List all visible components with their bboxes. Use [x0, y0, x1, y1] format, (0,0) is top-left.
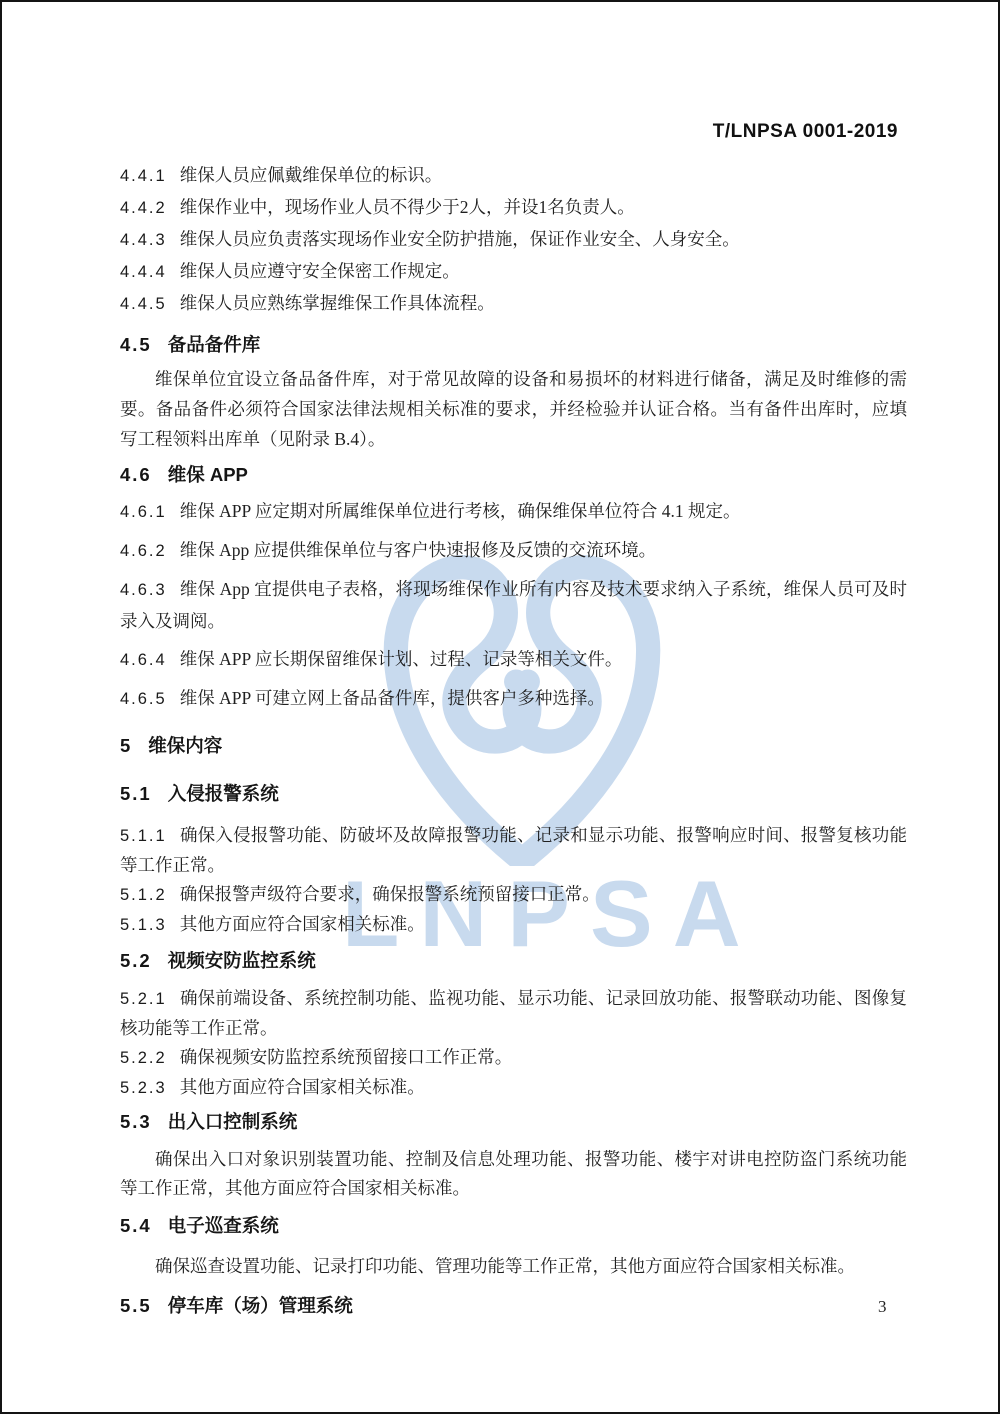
clause-text: 维保人员应佩戴维保单位的标识。	[180, 165, 443, 185]
clause-text: 确保报警声级符合要求，确保报警系统预留接口正常。	[180, 884, 600, 904]
heading-number: 5.2	[120, 950, 152, 971]
clause-text: 维保人员应负责落实现场作业安全防护措施，保证作业安全、人身安全。	[180, 229, 740, 249]
paragraph-4-5: 维保单位宜设立备品备件库，对于常见故障的设备和易损坏的材料进行储备，满足及时维修…	[120, 364, 907, 454]
clause-4-6-5: 4.6.5维保 APP 可建立网上备品备件库，提供客户多种选择。	[120, 683, 907, 715]
section-heading-5-3: 5.3出入口控制系统	[120, 1109, 907, 1135]
heading-title: 维保 APP	[168, 464, 248, 485]
section-heading-4-6: 4.6维保 APP	[120, 462, 907, 488]
clause-text: 确保入侵报警功能、防破坏及故障报警功能、记录和显示功能、报警响应时间、报警复核功…	[120, 825, 907, 875]
clause-4-6-4: 4.6.4维保 APP 应长期保留维保计划、过程、记录等相关文件。	[120, 644, 907, 676]
clause-number: 4.6.2	[120, 542, 167, 560]
document-content: 4.4.1维保人员应佩戴维保单位的标识。 4.4.2维保作业中，现场作业人员不得…	[120, 160, 907, 1319]
clause-number: 5.2.1	[120, 990, 167, 1008]
clause-number: 5.2.3	[120, 1079, 167, 1097]
clause-4-4-4: 4.4.4维保人员应遵守安全保密工作规定。	[120, 256, 907, 288]
page-number: 3	[878, 1297, 887, 1317]
clause-5-2-2: 5.2.2确保视频安防监控系统预留接口工作正常。	[120, 1043, 907, 1073]
clause-4-6-1: 4.6.1维保 APP 应定期对所属维保单位进行考核，确保维保单位符合 4.1 …	[120, 496, 907, 528]
clause-number: 4.6.3	[120, 581, 167, 599]
document-page: LNPSA T/LNPSA 0001-2019 4.4.1维保人员应佩戴维保单位…	[0, 0, 1000, 1414]
heading-number: 5.3	[120, 1111, 152, 1132]
clause-number: 4.4.4	[120, 263, 167, 281]
clause-number: 4.6.1	[120, 503, 167, 521]
heading-number: 4.6	[120, 464, 152, 485]
clause-5-1-1: 5.1.1确保入侵报警功能、防破坏及故障报警功能、记录和显示功能、报警响应时间、…	[120, 821, 907, 880]
clause-4-4-1: 4.4.1维保人员应佩戴维保单位的标识。	[120, 160, 907, 192]
heading-title: 入侵报警系统	[168, 783, 279, 804]
chapter-heading-5: 5维保内容	[120, 733, 907, 759]
clause-number: 4.6.5	[120, 690, 167, 708]
clause-number: 4.6.4	[120, 651, 167, 669]
heading-title: 出入口控制系统	[168, 1111, 298, 1132]
clause-number: 4.4.3	[120, 231, 167, 249]
clause-text: 维保 App 宜提供电子表格，将现场维保作业所有内容及技术要求纳入子系统，维保人…	[120, 579, 907, 631]
clause-number: 4.4.2	[120, 199, 167, 217]
heading-number: 5	[120, 735, 132, 756]
clause-text: 维保人员应熟练掌握维保工作具体流程。	[180, 293, 495, 313]
clause-text: 维保 APP 应定期对所属维保单位进行考核，确保维保单位符合 4.1 规定。	[180, 501, 741, 521]
heading-number: 5.4	[120, 1215, 152, 1236]
paragraph-5-3: 确保出入口对象识别装置功能、控制及信息处理功能、报警功能、楼宇对讲电控防盗门系统…	[120, 1145, 907, 1203]
section-heading-5-5: 5.5停车库（场）管理系统	[120, 1293, 907, 1319]
heading-title: 维保内容	[148, 735, 222, 756]
section-heading-5-2: 5.2视频安防监控系统	[120, 948, 907, 974]
clause-4-6-3: 4.6.3维保 App 宜提供电子表格，将现场维保作业所有内容及技术要求纳入子系…	[120, 574, 907, 637]
clause-text: 其他方面应符合国家相关标准。	[180, 1077, 425, 1097]
clause-number: 5.2.2	[120, 1049, 167, 1067]
section-heading-5-4: 5.4电子巡查系统	[120, 1213, 907, 1239]
standard-code: T/LNPSA 0001-2019	[713, 121, 898, 143]
clause-text: 维保 App 应提供维保单位与客户快速报修及反馈的交流环境。	[180, 540, 656, 560]
clause-4-4-2: 4.4.2维保作业中，现场作业人员不得少于2人，并设1名负责人。	[120, 192, 907, 224]
clause-number: 4.4.1	[120, 167, 167, 185]
clause-4-4-3: 4.4.3维保人员应负责落实现场作业安全防护措施，保证作业安全、人身安全。	[120, 224, 907, 256]
clause-number: 5.1.1	[120, 827, 167, 845]
clause-number: 5.1.3	[120, 916, 167, 934]
clause-text: 维保 APP 可建立网上备品备件库，提供客户多种选择。	[180, 688, 605, 708]
heading-number: 4.5	[120, 334, 152, 355]
clause-5-1-3: 5.1.3其他方面应符合国家相关标准。	[120, 910, 907, 940]
clause-text: 确保视频安防监控系统预留接口工作正常。	[180, 1047, 513, 1067]
heading-number: 5.5	[120, 1295, 152, 1316]
clause-4-6-2: 4.6.2维保 App 应提供维保单位与客户快速报修及反馈的交流环境。	[120, 535, 907, 567]
clause-text: 维保 APP 应长期保留维保计划、过程、记录等相关文件。	[180, 649, 623, 669]
clause-5-1-2: 5.1.2确保报警声级符合要求，确保报警系统预留接口正常。	[120, 880, 907, 910]
clause-4-4-5: 4.4.5维保人员应熟练掌握维保工作具体流程。	[120, 288, 907, 320]
heading-title: 电子巡查系统	[168, 1215, 279, 1236]
heading-number: 5.1	[120, 783, 152, 804]
clause-text: 确保前端设备、系统控制功能、监视功能、显示功能、记录回放功能、报警联动功能、图像…	[120, 988, 907, 1038]
clause-5-2-3: 5.2.3其他方面应符合国家相关标准。	[120, 1073, 907, 1103]
paragraph-5-4: 确保巡查设置功能、记录打印功能、管理功能等工作正常，其他方面应符合国家相关标准。	[120, 1251, 907, 1281]
heading-title: 停车库（场）管理系统	[168, 1295, 353, 1316]
heading-title: 视频安防监控系统	[168, 950, 316, 971]
heading-title: 备品备件库	[168, 334, 261, 355]
clause-text: 维保作业中，现场作业人员不得少于2人，并设1名负责人。	[180, 197, 635, 217]
clause-5-2-1: 5.2.1确保前端设备、系统控制功能、监视功能、显示功能、记录回放功能、报警联动…	[120, 984, 907, 1043]
clause-text: 其他方面应符合国家相关标准。	[180, 914, 425, 934]
clause-text: 维保人员应遵守安全保密工作规定。	[180, 261, 460, 281]
section-heading-5-1: 5.1入侵报警系统	[120, 781, 907, 807]
clause-number: 5.1.2	[120, 886, 167, 904]
clause-number: 4.4.5	[120, 295, 167, 313]
section-heading-4-5: 4.5备品备件库	[120, 332, 907, 358]
